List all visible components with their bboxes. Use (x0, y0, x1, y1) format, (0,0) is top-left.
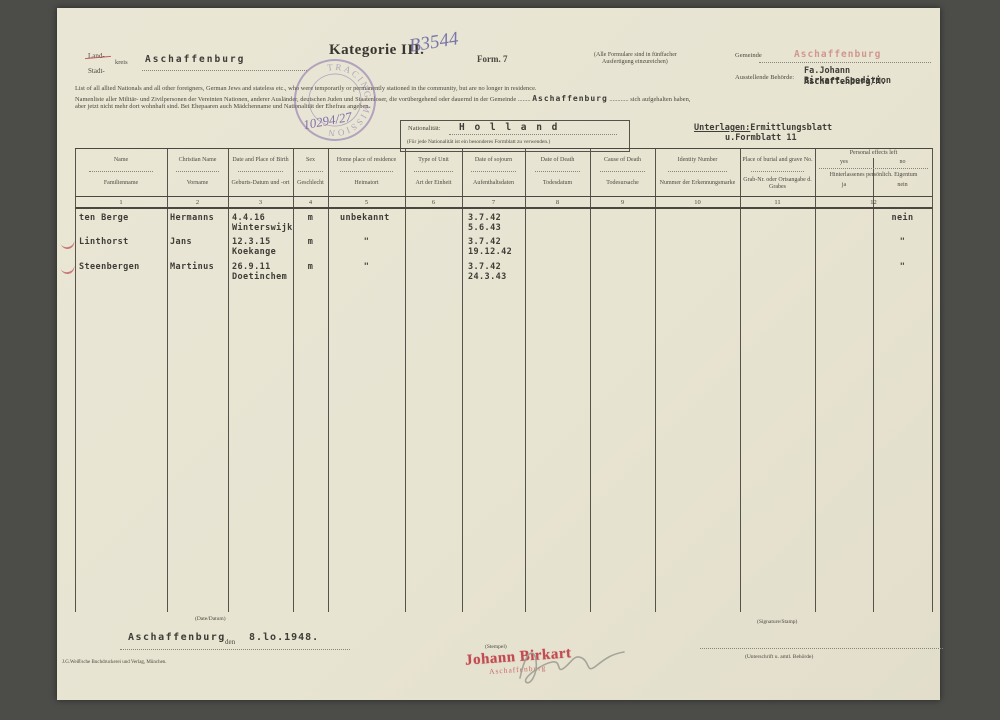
table-header-divider (298, 171, 323, 172)
table-header-en: Personal effects left (815, 149, 932, 158)
table-column-line (815, 148, 816, 612)
table-header-number: 7 (462, 197, 525, 207)
intro-de-city: Aschaffenburg (532, 94, 608, 103)
table-header-number: 9 (590, 197, 655, 207)
table-header-en: Name (75, 150, 167, 171)
table-header-divider (414, 171, 454, 172)
table-header-divider (668, 171, 728, 172)
signature-dotted-line (700, 648, 943, 649)
cell-birth-date: 4.4.16 (232, 213, 265, 223)
circular-stamp: TRACING MISSION (282, 47, 389, 154)
table-header-divider (89, 171, 153, 172)
nationality-label: Nationalität: (408, 125, 441, 132)
cell-sojourn-to: 24.3.43 (468, 272, 507, 282)
behoerde-label: Ausstellende Behörde: (735, 74, 794, 81)
table-header-en: Home place of residence (328, 150, 405, 171)
table-header-divider (340, 171, 394, 172)
table-column-line (590, 148, 591, 612)
footer-date: 8.lo.1948. (249, 632, 319, 643)
table-header-number: 4 (293, 197, 328, 207)
gemeinde-dotted-line (759, 62, 931, 63)
handwritten-number: B3544 (408, 28, 460, 57)
table-header-divider (600, 171, 646, 172)
table-header-number: 1 (75, 197, 167, 207)
table-layer: NameFamilienname1Christian NameVorname2D… (57, 148, 940, 618)
kreis-label: kreis (115, 59, 128, 66)
table-header-de: Aufenthaltsdaten (462, 173, 525, 195)
signature-sub-label: (Unterschrift u. amtl. Behörde) (745, 654, 813, 660)
table-header-de: Art der Einheit (405, 173, 462, 195)
reference-line2: u.Formblatt 11 (725, 133, 797, 143)
table-header-de: Geburts-Datum und -ort (228, 173, 293, 195)
table-header-en: Place of burial and grave No. (740, 150, 815, 171)
cell-home: " (328, 262, 405, 272)
form-note-line2: Ausfertigung einzureichen) (602, 59, 668, 66)
table-header-de: Geschlecht (293, 173, 328, 195)
table-header-de: Grab-Nr. oder Ortsangabe d. Grabes (740, 173, 815, 195)
table-column-line (405, 148, 406, 612)
stadt-label: Stadt- (88, 67, 105, 75)
table-column-line (167, 148, 168, 612)
table-header-de: Nummer der Erkennungsmarke (655, 173, 740, 195)
table-header-divider (819, 168, 928, 169)
table-header-de: Hinterlassenes persönlich. Eigentum (815, 171, 932, 180)
reference-part2: Ermittlungsblatt (750, 123, 832, 133)
nationality-dotted-line (449, 134, 617, 135)
signature-label: (Signature/Stamp) (757, 619, 797, 625)
cell-sojourn-from: 3.7.42 (468, 237, 501, 247)
cell-name: Linthorst (79, 237, 129, 247)
table-header-en: Date of Death (525, 150, 590, 171)
reference-part1: Unterlagen: (694, 123, 750, 133)
table-header-no: no (873, 159, 932, 167)
table-header-de: Todesdatum (525, 173, 590, 195)
cell-sojourn-to: 5.6.43 (468, 223, 501, 233)
intro-de-dots2: ............ (609, 96, 628, 103)
table-column-line (75, 148, 76, 612)
table-header-number: 5 (328, 197, 405, 207)
cell-home: " (328, 237, 405, 247)
table-header-en: Sex (293, 150, 328, 171)
table-header-de: Todesursache (590, 173, 655, 195)
table-header-number: 2 (167, 197, 228, 207)
table-header-yes: yes (815, 159, 873, 167)
table-header-number: 10 (655, 197, 740, 207)
table-header-bottom-line (75, 207, 932, 209)
gemeinde-label: Gemeinde (735, 52, 762, 59)
cell-christian-name: Jans (170, 237, 192, 247)
cell-birth-date: 12.3.15 (232, 237, 271, 247)
table-header-number: 8 (525, 197, 590, 207)
table-header-de: Vorname (167, 173, 228, 195)
gemeinde-value: Aschaffenburg (794, 49, 881, 60)
cell-birth-place: Doetinchem (232, 272, 287, 282)
footer-place: Aschaffenburg (128, 632, 226, 643)
cell-christian-name: Martinus (170, 262, 214, 272)
cell-effects-no: " (873, 237, 932, 247)
table-column-line (655, 148, 656, 612)
date-label: (Date/Datum) (195, 616, 226, 622)
intro-de-dots1: ........ (518, 96, 531, 103)
cell-birth-date: 26.9.11 (232, 262, 271, 272)
behoerde-line2: Aschaffenburg/M. (804, 77, 886, 87)
table-header-de: Familienname (75, 173, 167, 195)
table-header-number: 12 (815, 197, 932, 207)
table-column-line (328, 148, 329, 612)
red-pencil-mark (60, 263, 76, 275)
table-subcolumn-line (873, 158, 874, 612)
cell-home: unbekannt (340, 213, 390, 223)
reference-line1: Unterlagen:Ermittlungsblatt (694, 123, 832, 133)
cell-sex: m (293, 237, 328, 247)
cell-birth-place: Winterswijk (232, 223, 293, 233)
table-column-line (932, 148, 933, 612)
district-value: Aschaffenburg (145, 54, 245, 65)
table-header-number: 11 (740, 197, 815, 207)
red-pencil-mark (60, 238, 76, 250)
form-number-label: Form. 7 (477, 54, 508, 64)
table-header-en: Cause of Death (590, 150, 655, 171)
table-top-line (75, 148, 932, 149)
table-column-line (740, 148, 741, 612)
table-header-number: 6 (405, 197, 462, 207)
nationality-value: H o l l a n d (459, 122, 559, 133)
table-header-de: Heimatort (328, 173, 405, 195)
cell-name: ten Berge (79, 213, 129, 223)
cell-sojourn-to: 19.12.42 (468, 247, 512, 257)
cell-sojourn-from: 3.7.42 (468, 213, 501, 223)
table-header-divider (238, 171, 284, 172)
cell-sex: m (293, 262, 328, 272)
table-header-divider (751, 171, 804, 172)
footer-den-label: den (225, 638, 235, 646)
table-header-nein: nein (873, 182, 932, 190)
table-header-en: Christian Name (167, 150, 228, 171)
intro-line-de1: Namenliste aller Militär- und Zivilperso… (75, 94, 690, 103)
table-header-en: Date of sojourn (462, 150, 525, 171)
table-column-line (462, 148, 463, 612)
table-header-number: 3 (228, 197, 293, 207)
cell-christian-name: Hermanns (170, 213, 214, 223)
signature-scribble (512, 640, 642, 688)
printer-imprint: J.G.Weiß'sche Buchdruckerei und Verlag, … (62, 660, 167, 665)
cell-birth-place: Koekange (232, 247, 276, 257)
scanned-form-page: Land- kreis Stadt- Aschaffenburg Kategor… (57, 8, 940, 700)
nationality-note: (Für jede Nationalität ist ein besondere… (407, 139, 550, 145)
table-column-line (228, 148, 229, 612)
table-header-ja: ja (815, 182, 873, 190)
table-header-en: Identity Number (655, 150, 740, 171)
table-header-divider (471, 171, 515, 172)
cell-effects-no: " (873, 262, 932, 272)
table-header-en: Type of Unit (405, 150, 462, 171)
table-header-divider (535, 171, 581, 172)
table-header-divider (176, 171, 219, 172)
table-column-line (525, 148, 526, 612)
table-header-en: Date and Place of Birth (228, 150, 293, 171)
cell-sojourn-from: 3.7.42 (468, 262, 501, 272)
cell-sex: m (293, 213, 328, 223)
intro-de-suffix: sich aufgehalten haben, (630, 96, 690, 103)
cell-effects-no: nein (873, 213, 932, 223)
footer-date-dotted-line (120, 649, 350, 650)
cell-name: Steenbergen (79, 262, 140, 272)
